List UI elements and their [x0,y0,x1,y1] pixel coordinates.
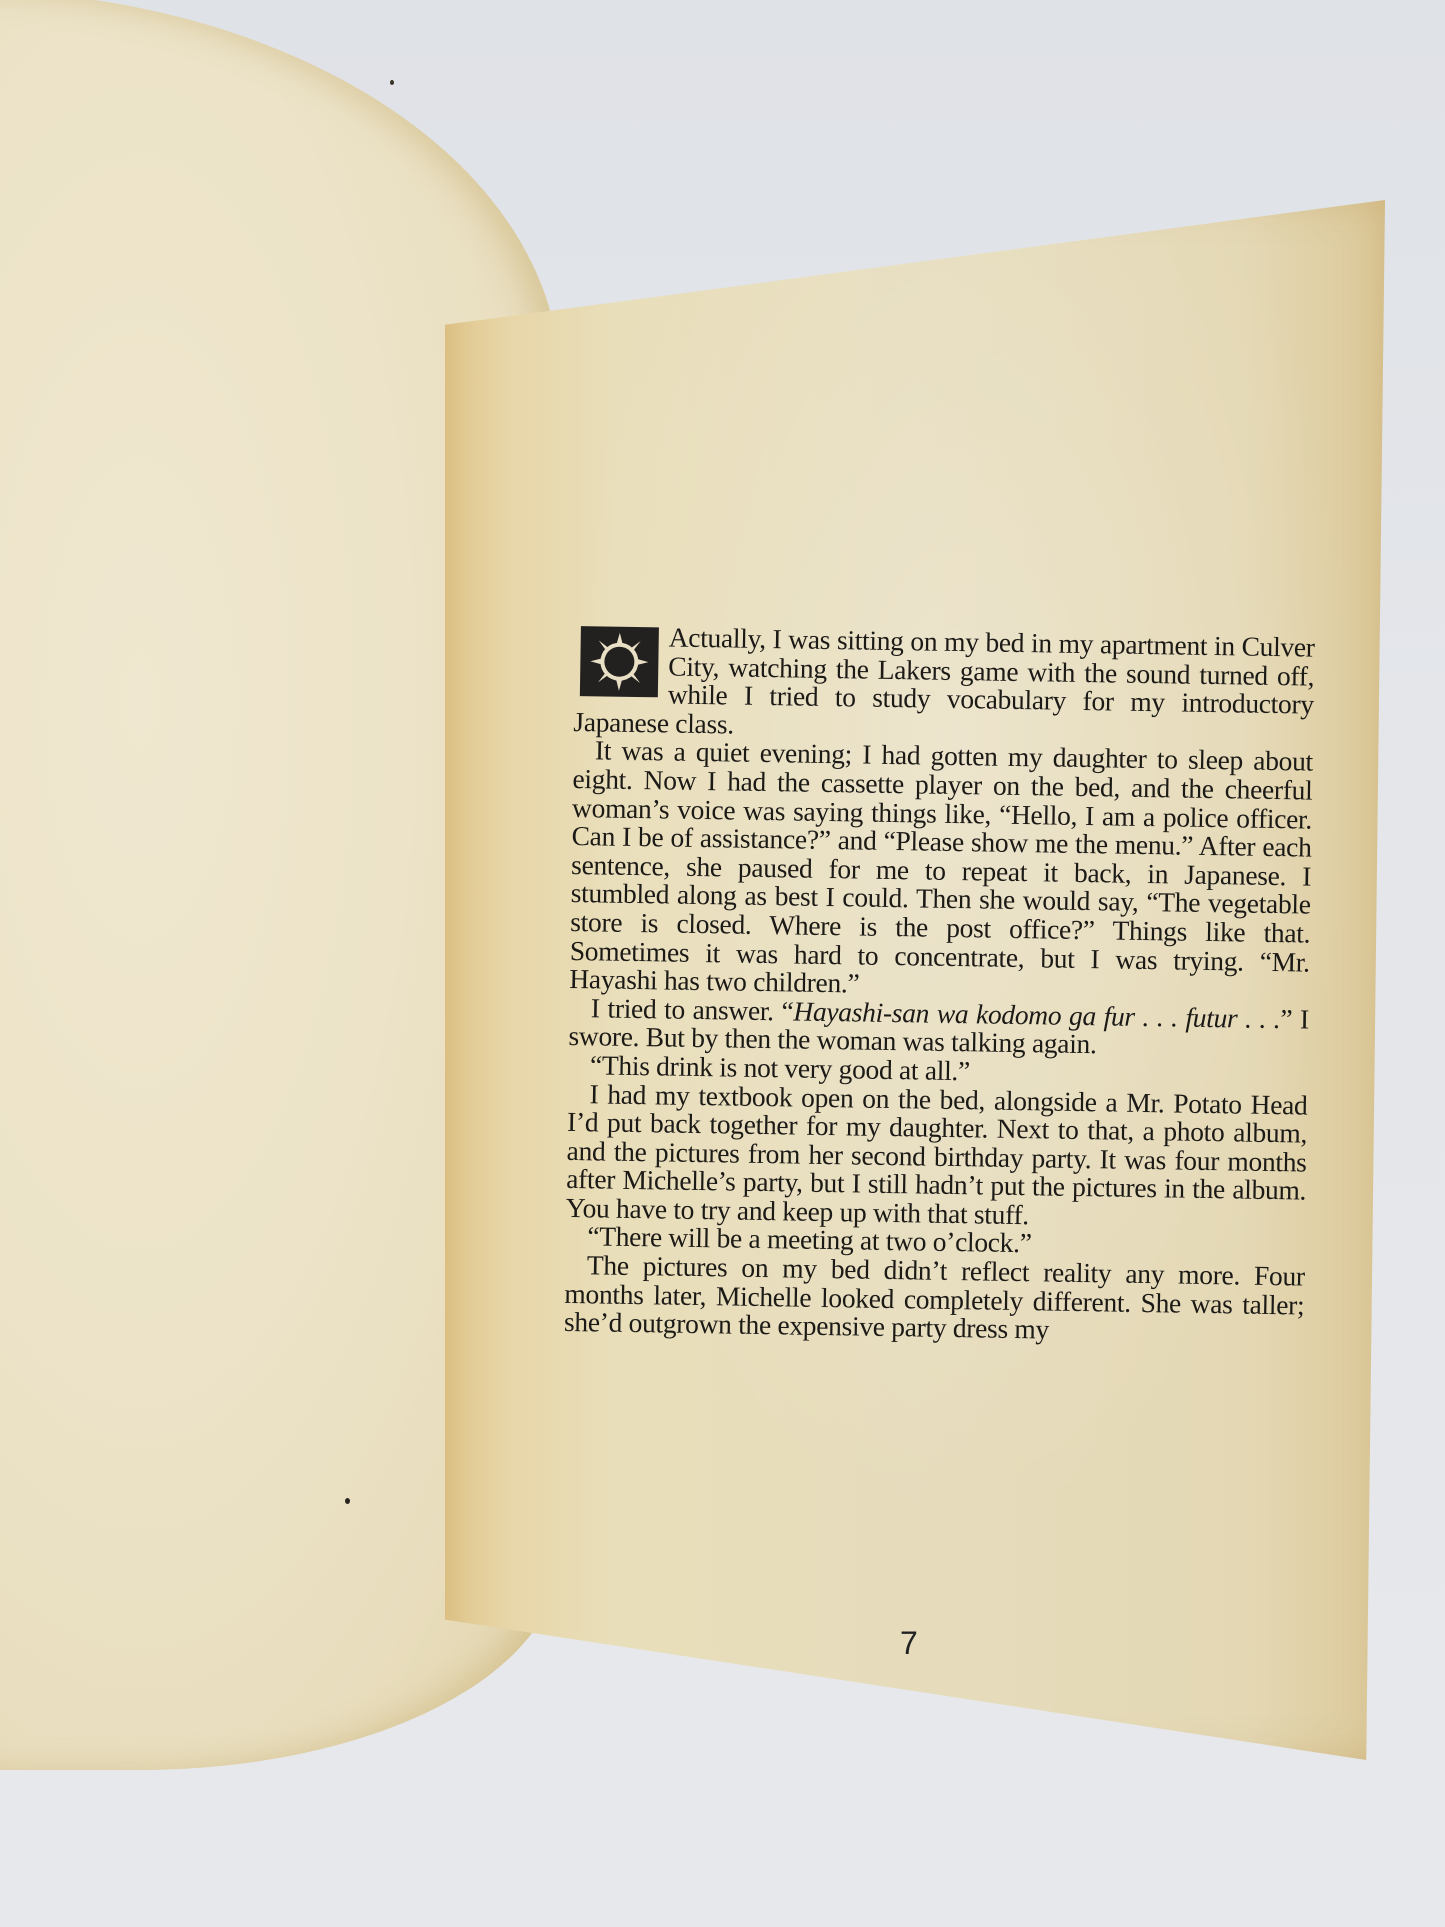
paragraph-1: Actually, I was sitting on my bed in my … [573,622,1315,748]
paragraph-5: I had my textbook open on the bed, along… [566,1079,1308,1234]
page-body-text: Actually, I was sitting on my bed in my … [564,622,1315,1348]
paragraph-text: I had my textbook open on the bed, along… [566,1078,1308,1230]
paragraph-7: The pictures on my bed didn’t reflect re… [564,1251,1305,1348]
paper-speck [345,1498,350,1504]
paragraph-text: The pictures on my bed didn’t reflect re… [564,1249,1305,1344]
paper-speck [390,80,394,85]
paragraph-2: It was a quiet evening; I had gotten my … [569,736,1313,1005]
paragraph-text: It was a quiet evening; I had gotten my … [569,735,1313,999]
paragraph-text: Actually, I was sitting on my bed in my … [573,621,1315,739]
page-number: 7 [900,1625,918,1662]
sun-ornament-icon [580,626,659,697]
